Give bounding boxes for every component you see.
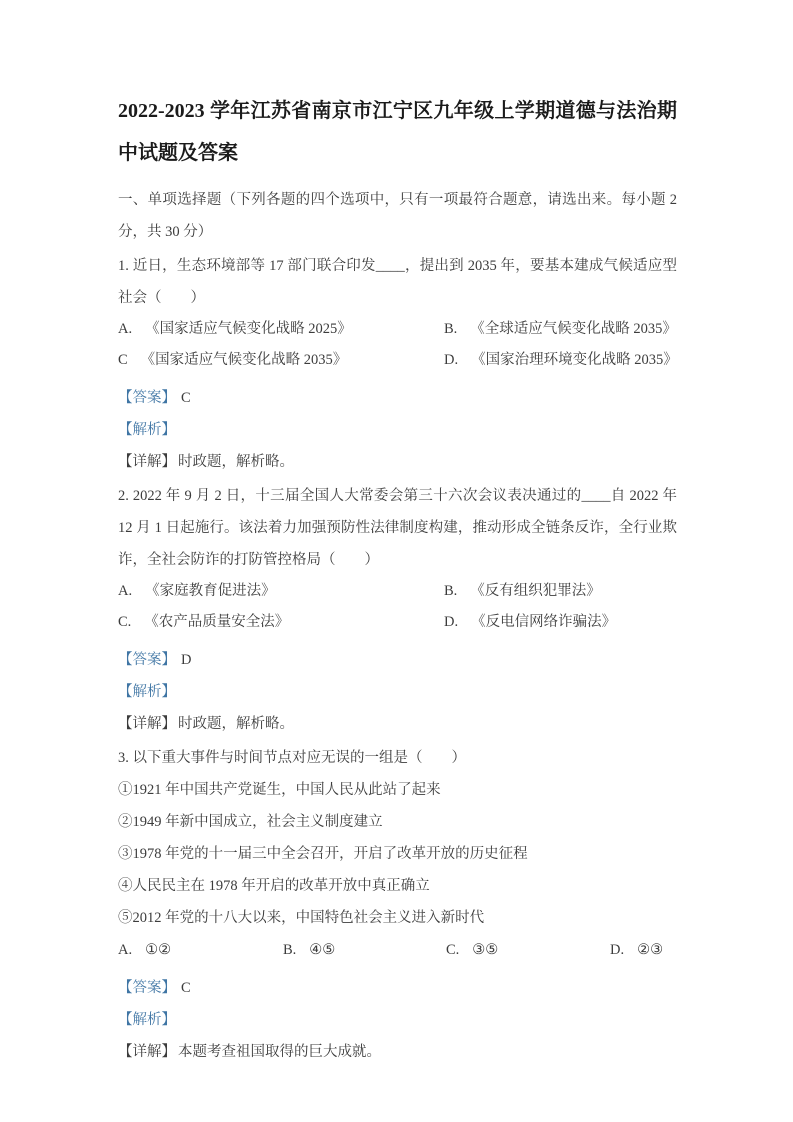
detail-tag: 【详解】 <box>118 1044 176 1060</box>
option-c: C《国家适应气候变化战略 2035》 <box>118 345 444 376</box>
answer-tag: 【答案】 <box>118 390 176 406</box>
analysis-line: 【解析】 <box>118 1004 677 1036</box>
exam-document-page: 2022-2023 学年江苏省南京市江宁区九年级上学期道德与法治期中试题及答案 … <box>0 0 793 1122</box>
answer-line: 【答案】C <box>118 382 677 414</box>
page-title: 2022-2023 学年江苏省南京市江宁区九年级上学期道德与法治期中试题及答案 <box>118 90 677 174</box>
answer-tag: 【答案】 <box>118 652 176 668</box>
option-b: B.《全球适应气候变化战略 2035》 <box>444 314 678 345</box>
option-d-text: 《反电信网络诈骗法》 <box>471 614 616 630</box>
answer-tag: 【答案】 <box>118 980 176 996</box>
question-1-stem: 1. 近日，生态环境部等 17 部门联合印发____，提出到 2035 年，要基… <box>118 250 677 314</box>
statement-item-4: ④人民民主在 1978 年开启的改革开放中真正确立 <box>118 870 677 902</box>
option-a-text: 《国家适应气候变化战略 2025》 <box>145 321 352 337</box>
option-a: A.①② <box>118 934 283 966</box>
option-d-text: ②③ <box>637 942 663 958</box>
option-a: A.《国家适应气候变化战略 2025》 <box>118 314 444 345</box>
analysis-tag: 【解析】 <box>118 1012 176 1028</box>
option-b: B.④⑤ <box>283 934 446 966</box>
option-b-label: B. <box>283 934 296 966</box>
detail-line: 【详解】时政题，解析略。 <box>118 708 677 740</box>
question-3: 3. 以下重大事件与时间节点对应无误的一组是（ ） ①1921 年中国共产党诞生… <box>118 742 677 1068</box>
option-d-label: D. <box>444 345 458 376</box>
detail-tag: 【详解】 <box>118 716 176 732</box>
statement-item-1: ①1921 年中国共产党诞生，中国人民从此站了起来 <box>118 774 677 806</box>
question-2-options: A.《家庭教育促进法》 B.《反有组织犯罪法》 C.《农产品质量安全法》 D.《… <box>118 576 677 638</box>
detail-text: 时政题，解析略。 <box>178 716 294 732</box>
detail-tag: 【详解】 <box>118 454 176 470</box>
option-c-text: 《农产品质量安全法》 <box>144 614 289 630</box>
option-d-text: 《国家治理环境变化战略 2035》 <box>471 352 678 368</box>
option-b: B.《反有组织犯罪法》 <box>444 576 677 607</box>
analysis-line: 【解析】 <box>118 676 677 708</box>
option-c-label: C. <box>446 934 459 966</box>
answer-line: 【答案】D <box>118 644 677 676</box>
question-2: 2. 2022 年 9 月 2 日，十三届全国人大常委会第三十六次会议表决通过的… <box>118 480 677 740</box>
option-a-text: 《家庭教育促进法》 <box>145 583 276 599</box>
option-c: C.③⑤ <box>446 934 610 966</box>
question-1: 1. 近日，生态环境部等 17 部门联合印发____，提出到 2035 年，要基… <box>118 250 677 478</box>
detail-text: 时政题，解析略。 <box>178 454 294 470</box>
analysis-line: 【解析】 <box>118 414 677 446</box>
option-b-text: 《反有组织犯罪法》 <box>470 583 601 599</box>
option-b-label: B. <box>444 576 457 607</box>
answer-line: 【答案】C <box>118 972 677 1004</box>
option-b-label: B. <box>444 314 457 345</box>
detail-line: 【详解】本题考查祖国取得的巨大成就。 <box>118 1036 677 1068</box>
question-3-options: A.①② B.④⑤ C.③⑤ D.②③ <box>118 934 677 966</box>
answer-value: C <box>181 390 191 406</box>
statement-item-2: ②1949 年新中国成立，社会主义制度建立 <box>118 806 677 838</box>
question-1-options: A.《国家适应气候变化战略 2025》 B.《全球适应气候变化战略 2035》 … <box>118 314 677 376</box>
analysis-tag: 【解析】 <box>118 684 176 700</box>
option-d-label: D. <box>444 607 458 638</box>
answer-value: D <box>181 652 191 668</box>
option-a: A.《家庭教育促进法》 <box>118 576 444 607</box>
option-d-label: D. <box>610 934 624 966</box>
detail-text: 本题考查祖国取得的巨大成就。 <box>178 1044 381 1060</box>
option-a-label: A. <box>118 934 132 966</box>
question-3-stem: 3. 以下重大事件与时间节点对应无误的一组是（ ） <box>118 742 677 774</box>
option-c-label: C <box>118 345 128 376</box>
section-heading: 一、单项选择题（下列各题的四个选项中，只有一项最符合题意，请选出来。每小题 2 … <box>118 184 677 248</box>
option-c-text: ③⑤ <box>472 942 498 958</box>
option-c: C.《农产品质量安全法》 <box>118 607 444 638</box>
answer-value: C <box>181 980 191 996</box>
option-a-label: A. <box>118 314 132 345</box>
option-d: D.②③ <box>610 934 677 966</box>
detail-line: 【详解】时政题，解析略。 <box>118 446 677 478</box>
option-c-label: C. <box>118 607 131 638</box>
statement-item-5: ⑤2012 年党的十八大以来，中国特色社会主义进入新时代 <box>118 902 677 934</box>
analysis-tag: 【解析】 <box>118 422 176 438</box>
question-2-stem: 2. 2022 年 9 月 2 日，十三届全国人大常委会第三十六次会议表决通过的… <box>118 480 677 576</box>
statement-item-3: ③1978 年党的十一届三中全会召开，开启了改革开放的历史征程 <box>118 838 677 870</box>
option-d: D.《反电信网络诈骗法》 <box>444 607 677 638</box>
option-b-text: ④⑤ <box>309 942 335 958</box>
option-b-text: 《全球适应气候变化战略 2035》 <box>470 321 677 337</box>
option-a-text: ①② <box>145 942 171 958</box>
option-d: D.《国家治理环境变化战略 2035》 <box>444 345 678 376</box>
option-a-label: A. <box>118 576 132 607</box>
option-c-text: 《国家适应气候变化战略 2035》 <box>141 352 348 368</box>
